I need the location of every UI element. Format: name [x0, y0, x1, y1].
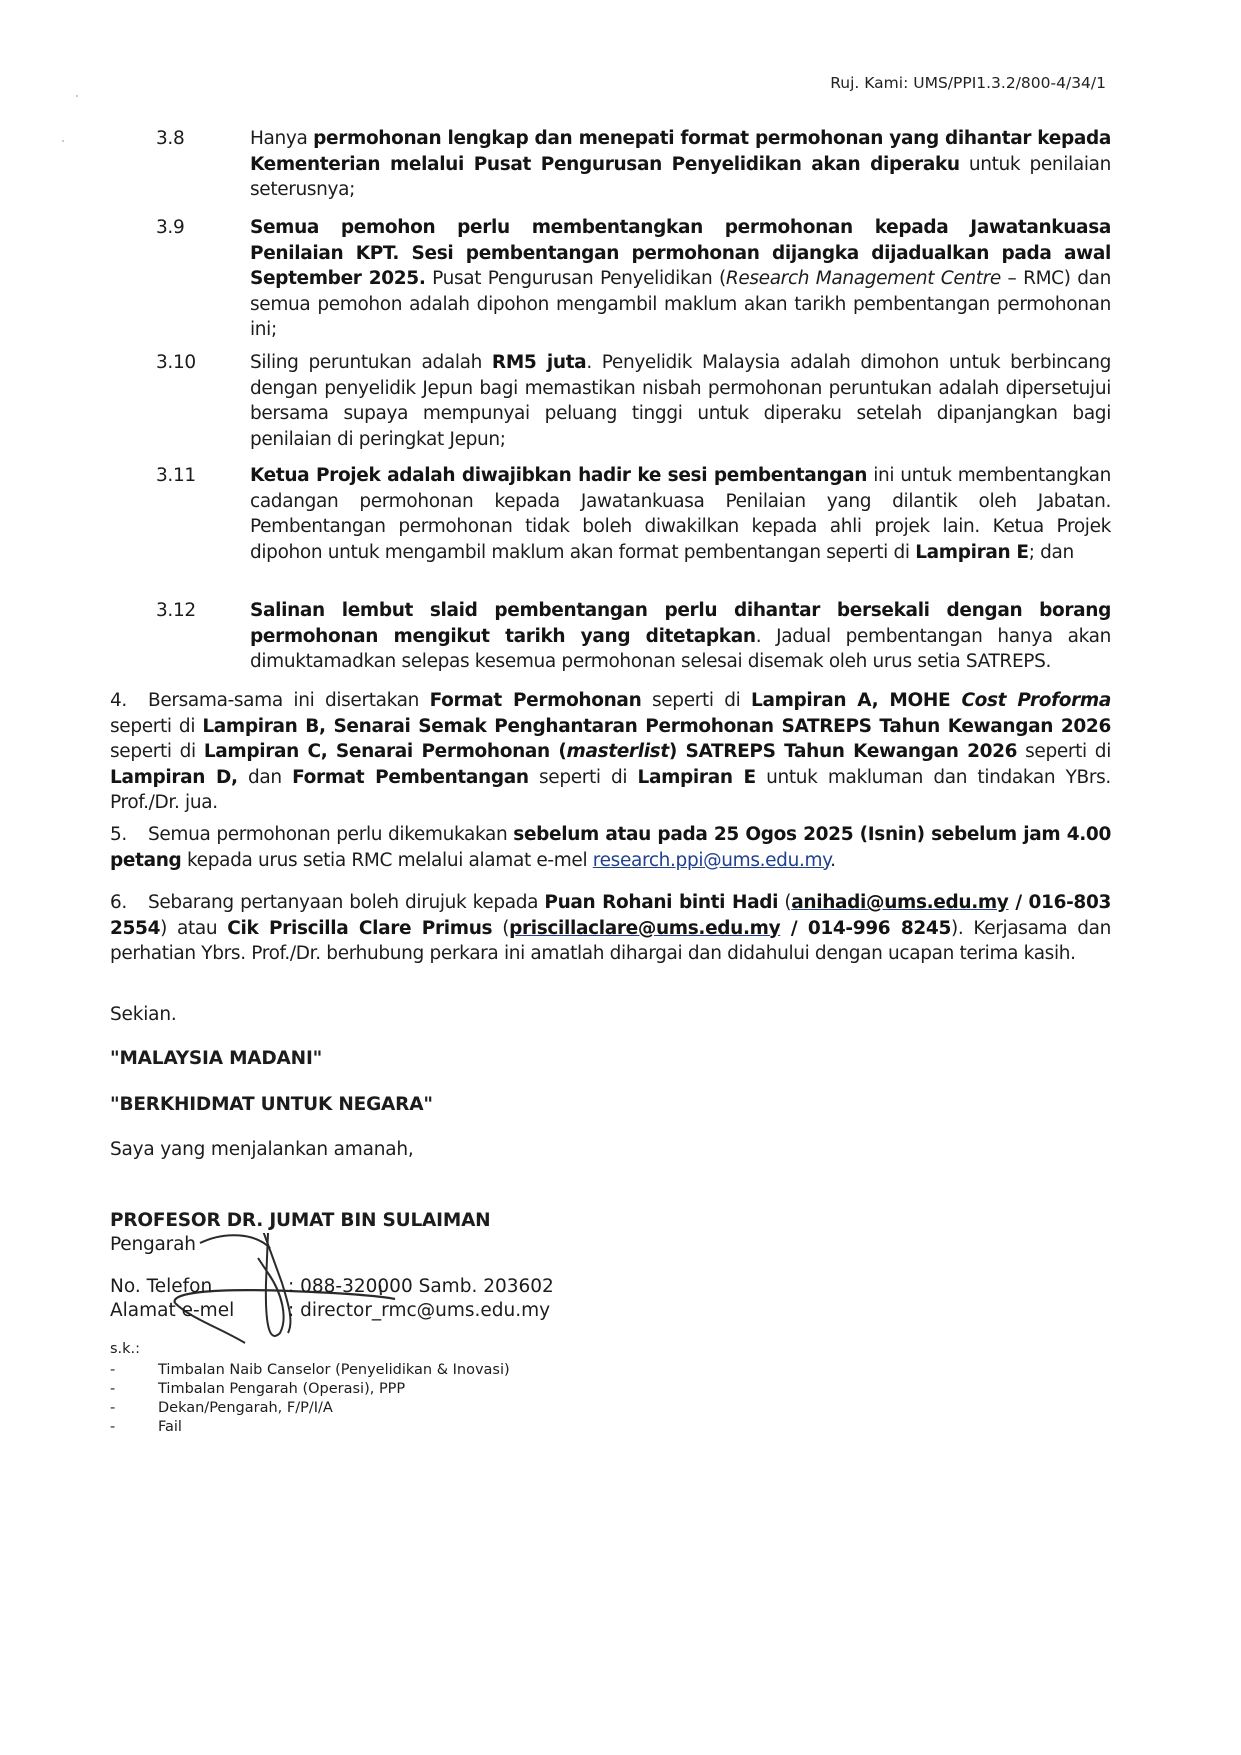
- cc-item: -Timbalan Naib Canselor (Penyelidikan & …: [110, 1361, 510, 1381]
- clause-number: 3.9: [156, 215, 236, 241]
- clause-text: Ketua Projek adalah diwajibkan hadir ke …: [250, 463, 1111, 565]
- paragraph-number: 4.: [110, 688, 148, 714]
- scan-speck: [62, 140, 64, 142]
- cc-label: s.k.:: [110, 1340, 140, 1360]
- phone-value: : 088-320000 Samb. 203602: [288, 1276, 554, 1297]
- paragraph-text: Semua permohonan perlu dikemukakan sebel…: [110, 824, 1111, 871]
- paragraph-number: 6.: [110, 890, 148, 916]
- email-value: : director_rmc@ums.edu.my: [288, 1300, 550, 1321]
- paragraph-5: 5.Semua permohonan perlu dikemukakan seb…: [110, 822, 1111, 873]
- clause-text: Siling peruntukan adalah RM5 juta. Penye…: [250, 350, 1111, 452]
- contact-phone: No. Telefon: 088-320000 Samb. 203602: [110, 1274, 554, 1299]
- signer-name: PROFESOR DR. JUMAT BIN SULAIMAN: [110, 1208, 490, 1234]
- trust-statement: Saya yang menjalankan amanah,: [110, 1137, 414, 1163]
- clause-3-12: 3.12 Salinan lembut slaid pembentangan p…: [156, 598, 1111, 675]
- paragraph-text: Bersama-sama ini disertakan Format Permo…: [110, 690, 1111, 813]
- clause-number: 3.10: [156, 350, 236, 376]
- reference-number: Ruj. Kami: UMS/PPI1.3.2/800-4/34/1: [830, 74, 1106, 92]
- slogan-malaysia-madani: "MALAYSIA MADANI": [110, 1046, 322, 1072]
- clause-3-9: 3.9 Semua pemohon perlu membentangkan pe…: [156, 215, 1111, 343]
- email-link[interactable]: anihadi@ums.edu.my: [791, 892, 1008, 913]
- clause-text: Salinan lembut slaid pembentangan perlu …: [250, 598, 1111, 675]
- cc-item: -Timbalan Pengarah (Operasi), PPP: [110, 1380, 405, 1400]
- email-label: Alamat e-mel: [110, 1298, 288, 1323]
- signer-title: Pengarah: [110, 1232, 196, 1258]
- email-link[interactable]: priscillaclare@ums.edu.my: [509, 918, 780, 939]
- email-link[interactable]: research.ppi@ums.edu.my: [593, 850, 830, 871]
- paragraph-text: Sebarang pertanyaan boleh dirujuk kepada…: [110, 892, 1111, 964]
- paragraph-4: 4.Bersama-sama ini disertakan Format Per…: [110, 688, 1111, 816]
- clause-number: 3.12: [156, 598, 236, 624]
- cc-item: -Dekan/Pengarah, F/P/I/A: [110, 1399, 333, 1419]
- contact-email: Alamat e-mel: director_rmc@ums.edu.my: [110, 1298, 550, 1323]
- clause-number: 3.11: [156, 463, 236, 489]
- paragraph-6: 6.Sebarang pertanyaan boleh dirujuk kepa…: [110, 890, 1111, 967]
- scan-speck: [76, 95, 78, 97]
- closing-sekian: Sekian.: [110, 1002, 177, 1028]
- clause-text: Hanya permohonan lengkap dan menepati fo…: [250, 126, 1111, 203]
- clause-number: 3.8: [156, 126, 236, 152]
- phone-label: No. Telefon: [110, 1274, 288, 1299]
- clause-3-11: 3.11 Ketua Projek adalah diwajibkan hadi…: [156, 463, 1111, 565]
- clause-3-8: 3.8 Hanya permohonan lengkap dan menepat…: [156, 126, 1111, 203]
- clause-text: Semua pemohon perlu membentangkan permoh…: [250, 215, 1111, 343]
- slogan-berkhidmat: "BERKHIDMAT UNTUK NEGARA": [110, 1092, 433, 1118]
- clause-3-10: 3.10 Siling peruntukan adalah RM5 juta. …: [156, 350, 1111, 452]
- paragraph-number: 5.: [110, 822, 148, 848]
- cc-item: -Fail: [110, 1418, 182, 1438]
